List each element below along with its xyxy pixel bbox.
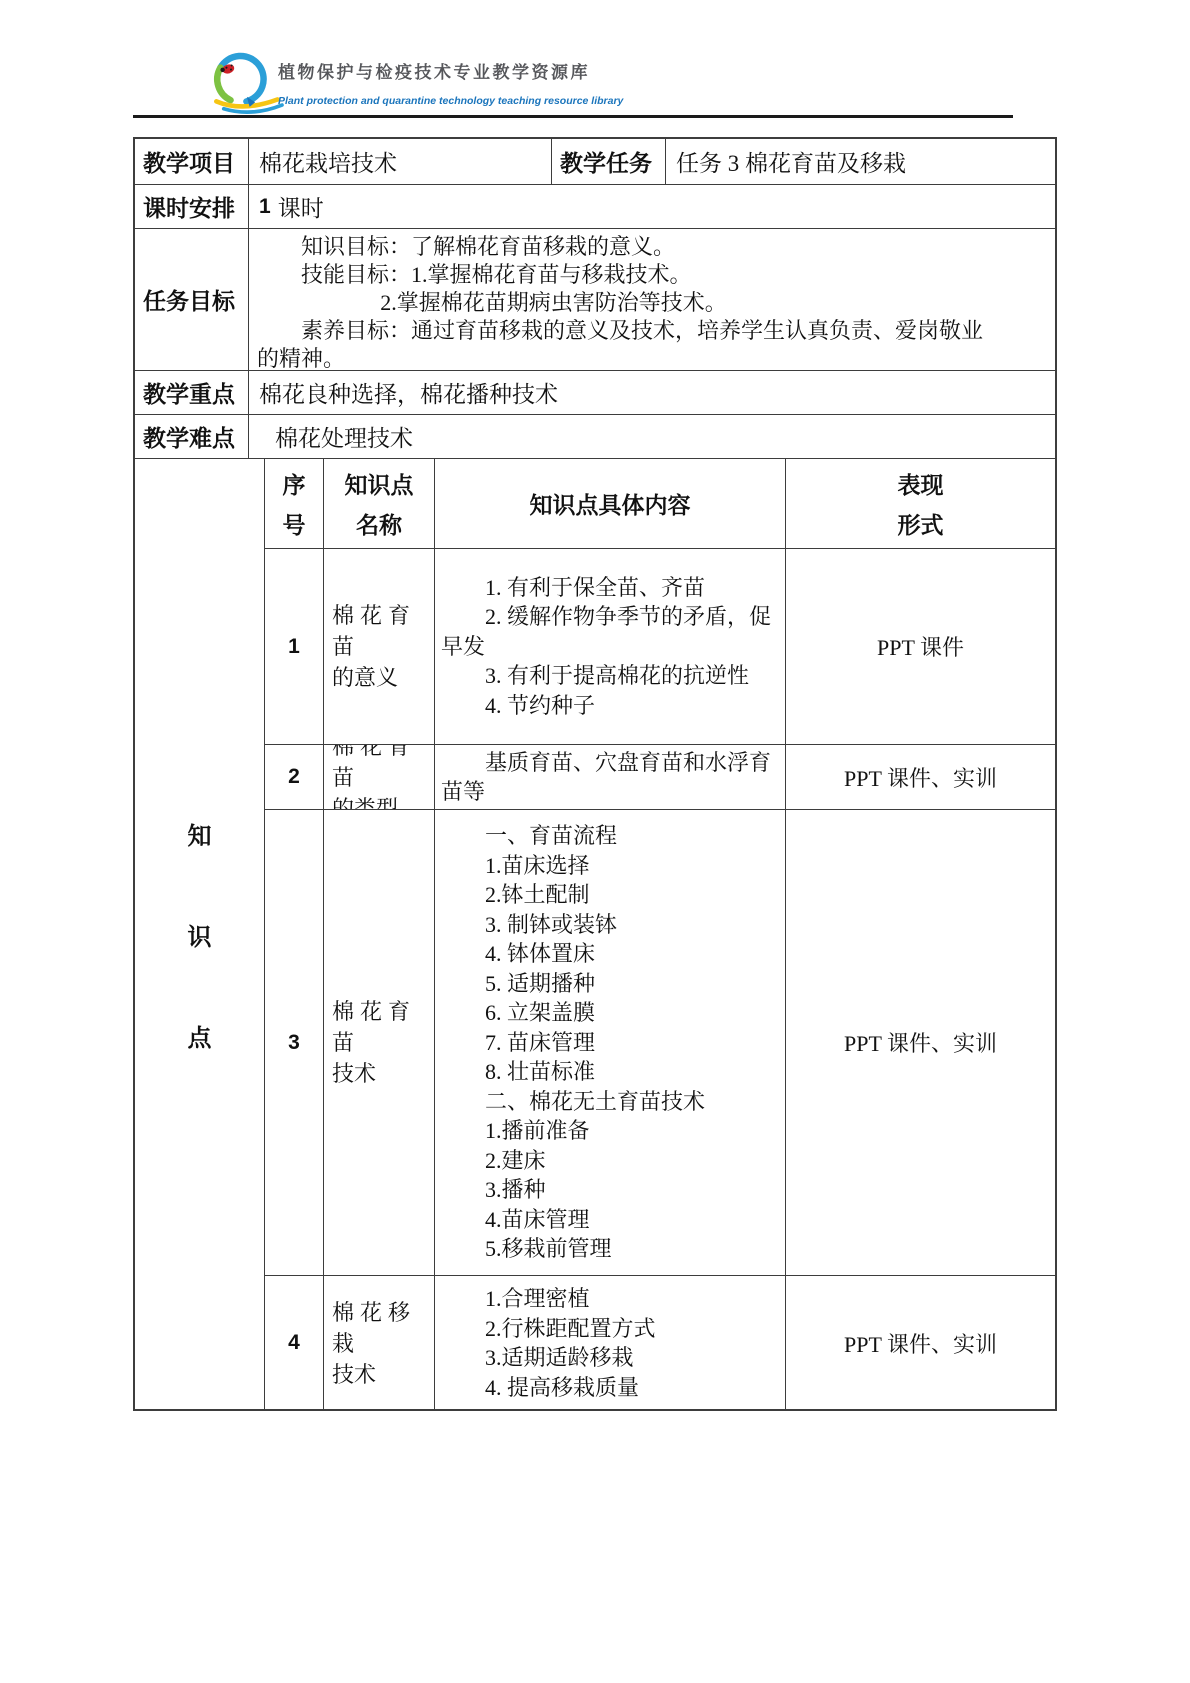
- knowledge-row-4-no: 4: [264, 1275, 323, 1410]
- logo-title: 植物保护与检疫技术专业教学资源库: [278, 58, 590, 83]
- content-line: 2.行株距配置方式: [441, 1314, 779, 1344]
- objective-skill-1: 技能目标：1.掌握棉花育苗与移栽技术。: [257, 261, 1047, 289]
- lesson-plan-table: 教学项目 棉花栽培技术 教学任务 任务 3 棉花育苗及移栽 课时安排 1 课时 …: [133, 137, 1057, 1411]
- content-line: 3.播种: [441, 1175, 779, 1205]
- objectives-label: 任务目标: [135, 229, 248, 370]
- name-line: 技术: [332, 1359, 434, 1390]
- content-line: 3.适期适龄移栽: [441, 1343, 779, 1373]
- knowledge-row-3-content: 一、育苗流程 1.苗床选择 2.钵土配制 3. 制钵或装钵 4. 钵体置床 5.…: [434, 809, 785, 1275]
- content-line: 基质育苗、穴盘育苗和水浮育苗等: [441, 748, 779, 807]
- key-points-label: 教学重点: [135, 371, 248, 414]
- name-line: 棉花育苗: [332, 600, 434, 662]
- side-char: 识: [188, 917, 212, 952]
- content-line: 3. 制钵或装钵: [441, 910, 779, 940]
- header-form-line1: 表现: [898, 467, 944, 500]
- content-line: 7. 苗床管理: [441, 1028, 779, 1058]
- header-name-line2: 名称: [356, 507, 402, 540]
- row-project-task: 教学项目 棉花栽培技术 教学任务 任务 3 棉花育苗及移栽: [135, 139, 1055, 184]
- content-line: 1. 有利于保全苗、齐苗: [441, 573, 779, 603]
- name-line: 的意义: [332, 662, 434, 693]
- content-line: 5.移栽前管理: [441, 1234, 779, 1264]
- header-form-line2: 形式: [898, 507, 944, 540]
- difficulties-label: 教学难点: [135, 415, 248, 458]
- knowledge-row-2-form: PPT 课件、实训: [785, 744, 1055, 809]
- header-divider: [133, 115, 1013, 118]
- name-line: 的类型: [332, 793, 434, 810]
- knowledge-row-2-no: 2: [264, 744, 323, 809]
- content-line: 3. 有利于提高棉花的抗逆性: [441, 661, 779, 691]
- knowledge-row-4-form: PPT 课件、实训: [785, 1275, 1055, 1410]
- hours-label: 课时安排: [135, 185, 248, 228]
- row-objectives: 任务目标 知识目标：了解棉花育苗移栽的意义。 技能目标：1.掌握棉花育苗与移栽技…: [135, 228, 1055, 370]
- content-line: 二、棉花无土育苗技术: [441, 1087, 779, 1117]
- column-header-name: 知识点 名称: [323, 459, 434, 548]
- difficulties-value: 棉花处理技术: [248, 415, 1055, 458]
- name-line: 棉花育苗: [332, 996, 434, 1058]
- column-header-form: 表现 形式: [785, 459, 1055, 548]
- name-line: 棉花育苗: [332, 744, 434, 793]
- content-line: 1.合理密植: [441, 1284, 779, 1314]
- knowledge-side-label: 知 识 点: [135, 459, 264, 1409]
- row-hours: 课时安排 1 课时: [135, 184, 1055, 228]
- content-line: 一、育苗流程: [441, 821, 779, 851]
- side-char: 知: [188, 816, 212, 851]
- knowledge-row-3-no: 3: [264, 809, 323, 1275]
- content-line: 2. 缓解作物争季节的矛盾，促早发: [441, 602, 779, 661]
- knowledge-row-1-name: 棉花育苗 的意义: [323, 548, 434, 744]
- content-line: 4. 节约种子: [441, 691, 779, 721]
- document-page: 植物保护与检疫技术专业教学资源库 Plant protection and qu…: [0, 0, 1190, 1683]
- header-no-line1: 序: [283, 467, 306, 500]
- hours-value: 1 课时: [248, 185, 1055, 228]
- task-value: 任务 3 棉花育苗及移栽: [665, 139, 1055, 184]
- header-content-text: 知识点具体内容: [530, 487, 691, 520]
- content-line: 2.钵土配制: [441, 880, 779, 910]
- knowledge-row-3-name: 棉花育苗 技术: [323, 809, 434, 1275]
- row-knowledge-points: 知 识 点 序 号 知识点 名称 知识点具体内容 表现: [135, 458, 1055, 1409]
- content-line: 8. 壮苗标准: [441, 1057, 779, 1087]
- objective-knowledge: 知识目标：了解棉花育苗移栽的意义。: [257, 233, 1047, 261]
- content-line: 4. 钵体置床: [441, 939, 779, 969]
- row-difficulties: 教学难点 棉花处理技术: [135, 414, 1055, 458]
- logo-subtitle: Plant protection and quarantine technolo…: [278, 95, 623, 107]
- task-label: 教学任务: [551, 139, 665, 184]
- knowledge-row-3-form: PPT 课件、实训: [785, 809, 1055, 1275]
- row-key-points: 教学重点 棉花良种选择，棉花播种技术: [135, 370, 1055, 414]
- key-points-value: 棉花良种选择，棉花播种技术: [248, 371, 1055, 414]
- header-name-line1: 知识点: [345, 467, 414, 500]
- name-line: 技术: [332, 1058, 434, 1089]
- content-line: 4. 提高移栽质量: [441, 1373, 779, 1403]
- header-no-line2: 号: [283, 507, 306, 540]
- column-header-no: 序 号: [264, 459, 323, 548]
- side-char: 点: [188, 1018, 212, 1053]
- content-line: 6. 立架盖膜: [441, 998, 779, 1028]
- column-header-content: 知识点具体内容: [434, 459, 785, 548]
- knowledge-row-2-content: 基质育苗、穴盘育苗和水浮育苗等: [434, 744, 785, 809]
- knowledge-row-4-name: 棉花移栽 技术: [323, 1275, 434, 1410]
- hours-number: 1: [259, 195, 271, 219]
- resource-library-logo-icon: [201, 44, 289, 118]
- knowledge-row-1-content: 1. 有利于保全苗、齐苗 2. 缓解作物争季节的矛盾，促早发 3. 有利于提高棉…: [434, 548, 785, 744]
- knowledge-row-1-form: PPT 课件: [785, 548, 1055, 744]
- knowledge-row-1-no: 1: [264, 548, 323, 744]
- content-line: 2.建床: [441, 1146, 779, 1176]
- project-label: 教学项目: [135, 139, 248, 184]
- knowledge-table: 序 号 知识点 名称 知识点具体内容 表现 形式 1 棉花育苗: [264, 459, 1055, 1409]
- name-line: 棉花移栽: [332, 1297, 434, 1359]
- content-line: 5. 适期播种: [441, 969, 779, 999]
- knowledge-row-2-name: 棉花育苗 的类型: [323, 744, 434, 809]
- content-line: 4.苗床管理: [441, 1205, 779, 1235]
- content-line: 1.苗床选择: [441, 851, 779, 881]
- objective-quality: 素养目标：通过育苗移栽的意义及技术，培养学生认真负责、爱岗敬业的精神。: [257, 317, 1047, 370]
- objectives-content: 知识目标：了解棉花育苗移栽的意义。 技能目标：1.掌握棉花育苗与移栽技术。 2.…: [248, 229, 1055, 370]
- objective-skill-2: 2.掌握棉花苗期病虫害防治等技术。: [257, 289, 1047, 317]
- hours-unit: 课时: [278, 190, 324, 223]
- content-line: 1.播前准备: [441, 1116, 779, 1146]
- project-value: 棉花栽培技术: [248, 139, 551, 184]
- knowledge-row-4-content: 1.合理密植 2.行株距配置方式 3.适期适龄移栽 4. 提高移栽质量: [434, 1275, 785, 1410]
